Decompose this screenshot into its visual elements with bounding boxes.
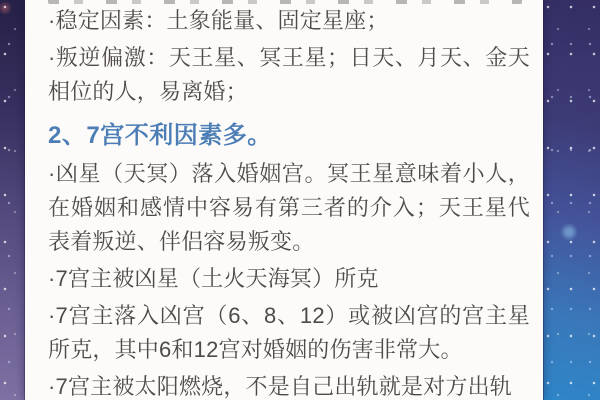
starfield-right [543,0,600,400]
section-heading: 2、7宫不利因素多。 [48,118,530,154]
bullet-paragraph-malefic-in-house7: ·凶星（天冥）落入婚姻宫。冥王星意味着小人，在婚姻和感情中容易有第三者的介入；天… [48,157,530,259]
bullet-paragraph-rebellious-factors: ·叛逆偏激：天王星、冥王星；日天、月天、金天相位的人，易离婚； [48,41,530,109]
clipped-text-remnant [48,0,522,4]
bullet-paragraph-ruler-afflicted: ·7宫主被凶星（土火天海冥）所克 [48,262,530,296]
screen: { "colors": { "card_bg": "#fcfbfa", "bod… [0,0,600,400]
content-card: ·稳定因素：土象能量、固定星座； ·叛逆偏激：天王星、冥王星；日天、月天、金天相… [25,0,543,400]
bullet-paragraph-ruler-combust: ·7宫主被太阳燃烧，不是自己出轨就是对方出轨 [48,370,530,400]
bullet-paragraph-ruler-in-bad-house: ·7宫主落入凶宫（6、8、12）或被凶宫的宫主星所克，其中6和12宫对婚姻的伤害… [48,299,530,367]
starfield-left [0,0,25,400]
bullet-paragraph-stable-factors: ·稳定因素：土象能量、固定星座； [48,4,530,38]
